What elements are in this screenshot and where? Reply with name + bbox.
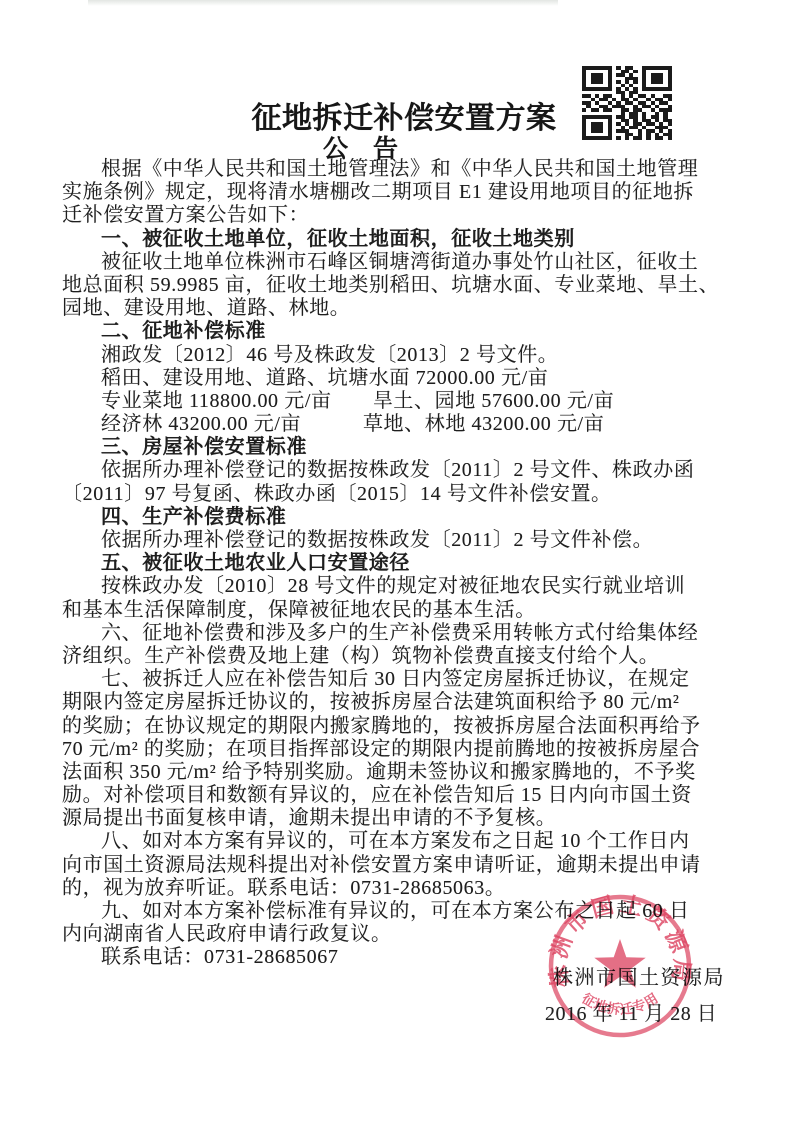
- intro-line-2: 实施条例》规定，现将清水塘棚改二期项目 E1 建设用地项目的征地拆: [62, 181, 752, 204]
- section-3-line-1: 依据所办理补偿登记的数据按株政发〔2011〕2 号文件、株政办函: [62, 459, 752, 482]
- heading-section-2: 二、征地补偿标准: [62, 320, 752, 343]
- section-1-line-3: 园地、建设用地、道路、林地。: [62, 297, 752, 320]
- section-1-line-2: 地总面积 59.9985 亩，征收土地类别稻田、坑塘水面、专业菜地、旱土、: [62, 274, 752, 297]
- section-5-line-2: 和基本生活保障制度，保障被征地农民的基本生活。: [62, 599, 752, 622]
- section-9-line-1: 九、如对本方案补偿标准有异议的，可在本方案公布之日起 60 日: [62, 900, 752, 923]
- section-8-line-2: 向市国土资源局法规科提出对补偿安置方案申请听证，逾期未提出申请: [62, 854, 752, 877]
- section-7-line-2: 期限内签定房屋拆迁协议的，按被拆房屋合法建筑面积给予 80 元/m²: [62, 691, 752, 714]
- heading-section-3: 三、房屋补偿安置标准: [62, 436, 752, 459]
- intro-line-3: 迁补偿安置方案公告如下：: [62, 204, 752, 227]
- heading-section-4: 四、生产补偿费标准: [62, 506, 752, 529]
- qr-code-icon: [582, 66, 672, 140]
- doc-body: 根据《中华人民共和国土地管理法》和《中华人民共和国土地管理 实施条例》规定，现将…: [62, 158, 752, 970]
- signature-date: 2016 年 11 月 28 日: [545, 997, 717, 1026]
- section-7-line-7: 源局提出书面复核申请，逾期未提出申请的不予复核。: [62, 807, 752, 830]
- section-7-line-5: 法面积 350 元/m² 给予特别奖励。逾期未签协议和搬家腾地的，不予奖: [62, 761, 752, 784]
- section-5-line-1: 按株政办发〔2010〕28 号文件的规定对被征地农民实行就业培训: [62, 575, 752, 598]
- section-7-line-1: 七、被拆迁人应在补偿告知后 30 日内签定房屋拆迁协议，在规定: [62, 668, 752, 691]
- section-4-line-1: 依据所办理补偿登记的数据按株政发〔2011〕2 号文件补偿。: [62, 529, 752, 552]
- section-9-line-2: 内向湖南省人民政府申请行政复议。: [62, 923, 752, 946]
- scan-edge-artifact: [88, 0, 558, 6]
- section-2-line-3: 专业菜地 118800.00 元/亩 旱土、园地 57600.00 元/亩: [62, 390, 752, 413]
- section-2-line-4: 经济林 43200.00 元/亩 草地、林地 43200.00 元/亩: [62, 413, 752, 436]
- section-8-line-1: 八、如对本方案有异议的，可在本方案发布之日起 10 个工作日内: [62, 830, 752, 853]
- intro-line-1: 根据《中华人民共和国土地管理法》和《中华人民共和国土地管理: [62, 158, 752, 181]
- section-1-line-1: 被征收土地单位株洲市石峰区铜塘湾街道办事处竹山社区，征收土: [62, 251, 752, 274]
- section-7-line-4: 70 元/m² 的奖励；在项目指挥部设定的期限内提前腾地的按被拆房屋合: [62, 738, 752, 761]
- section-2-line-2: 稻田、建设用地、道路、坑塘水面 72000.00 元/亩: [62, 367, 752, 390]
- section-3-line-2: 〔2011〕97 号复函、株政办函〔2015〕14 号文件补偿安置。: [62, 483, 752, 506]
- signature-org: 株洲市国土资源局: [553, 961, 725, 990]
- doc-title: 征地拆迁补偿安置方案: [0, 93, 800, 137]
- section-7-line-6: 励。对补偿项目和数额有异议的，应在补偿告知后 15 日内向市国土资: [62, 784, 752, 807]
- announcement-page: 征地拆迁补偿安置方案 公 告 根据《中华人民共和国土地管理法》和《中华人民共和国…: [0, 0, 800, 1132]
- section-8-line-3: 的，视为放弃听证。联系电话：0731-28685063。: [62, 877, 752, 900]
- section-7-line-3: 的奖励；在协议规定的期限内搬家腾地的，按被拆房屋合法面积再给予: [62, 715, 752, 738]
- section-6-line-2: 济组织。生产补偿费及地上建（构）筑物补偿费直接支付给个人。: [62, 645, 752, 668]
- section-2-line-1: 湘政发〔2012〕46 号及株政发〔2013〕2 号文件。: [62, 344, 752, 367]
- heading-section-5: 五、被征收土地农业人口安置途径: [62, 552, 752, 575]
- section-6-line-1: 六、征地补偿费和涉及多户的生产补偿费采用转帐方式付给集体经: [62, 622, 752, 645]
- heading-section-1: 一、被征收土地单位，征收土地面积，征收土地类别: [62, 228, 752, 251]
